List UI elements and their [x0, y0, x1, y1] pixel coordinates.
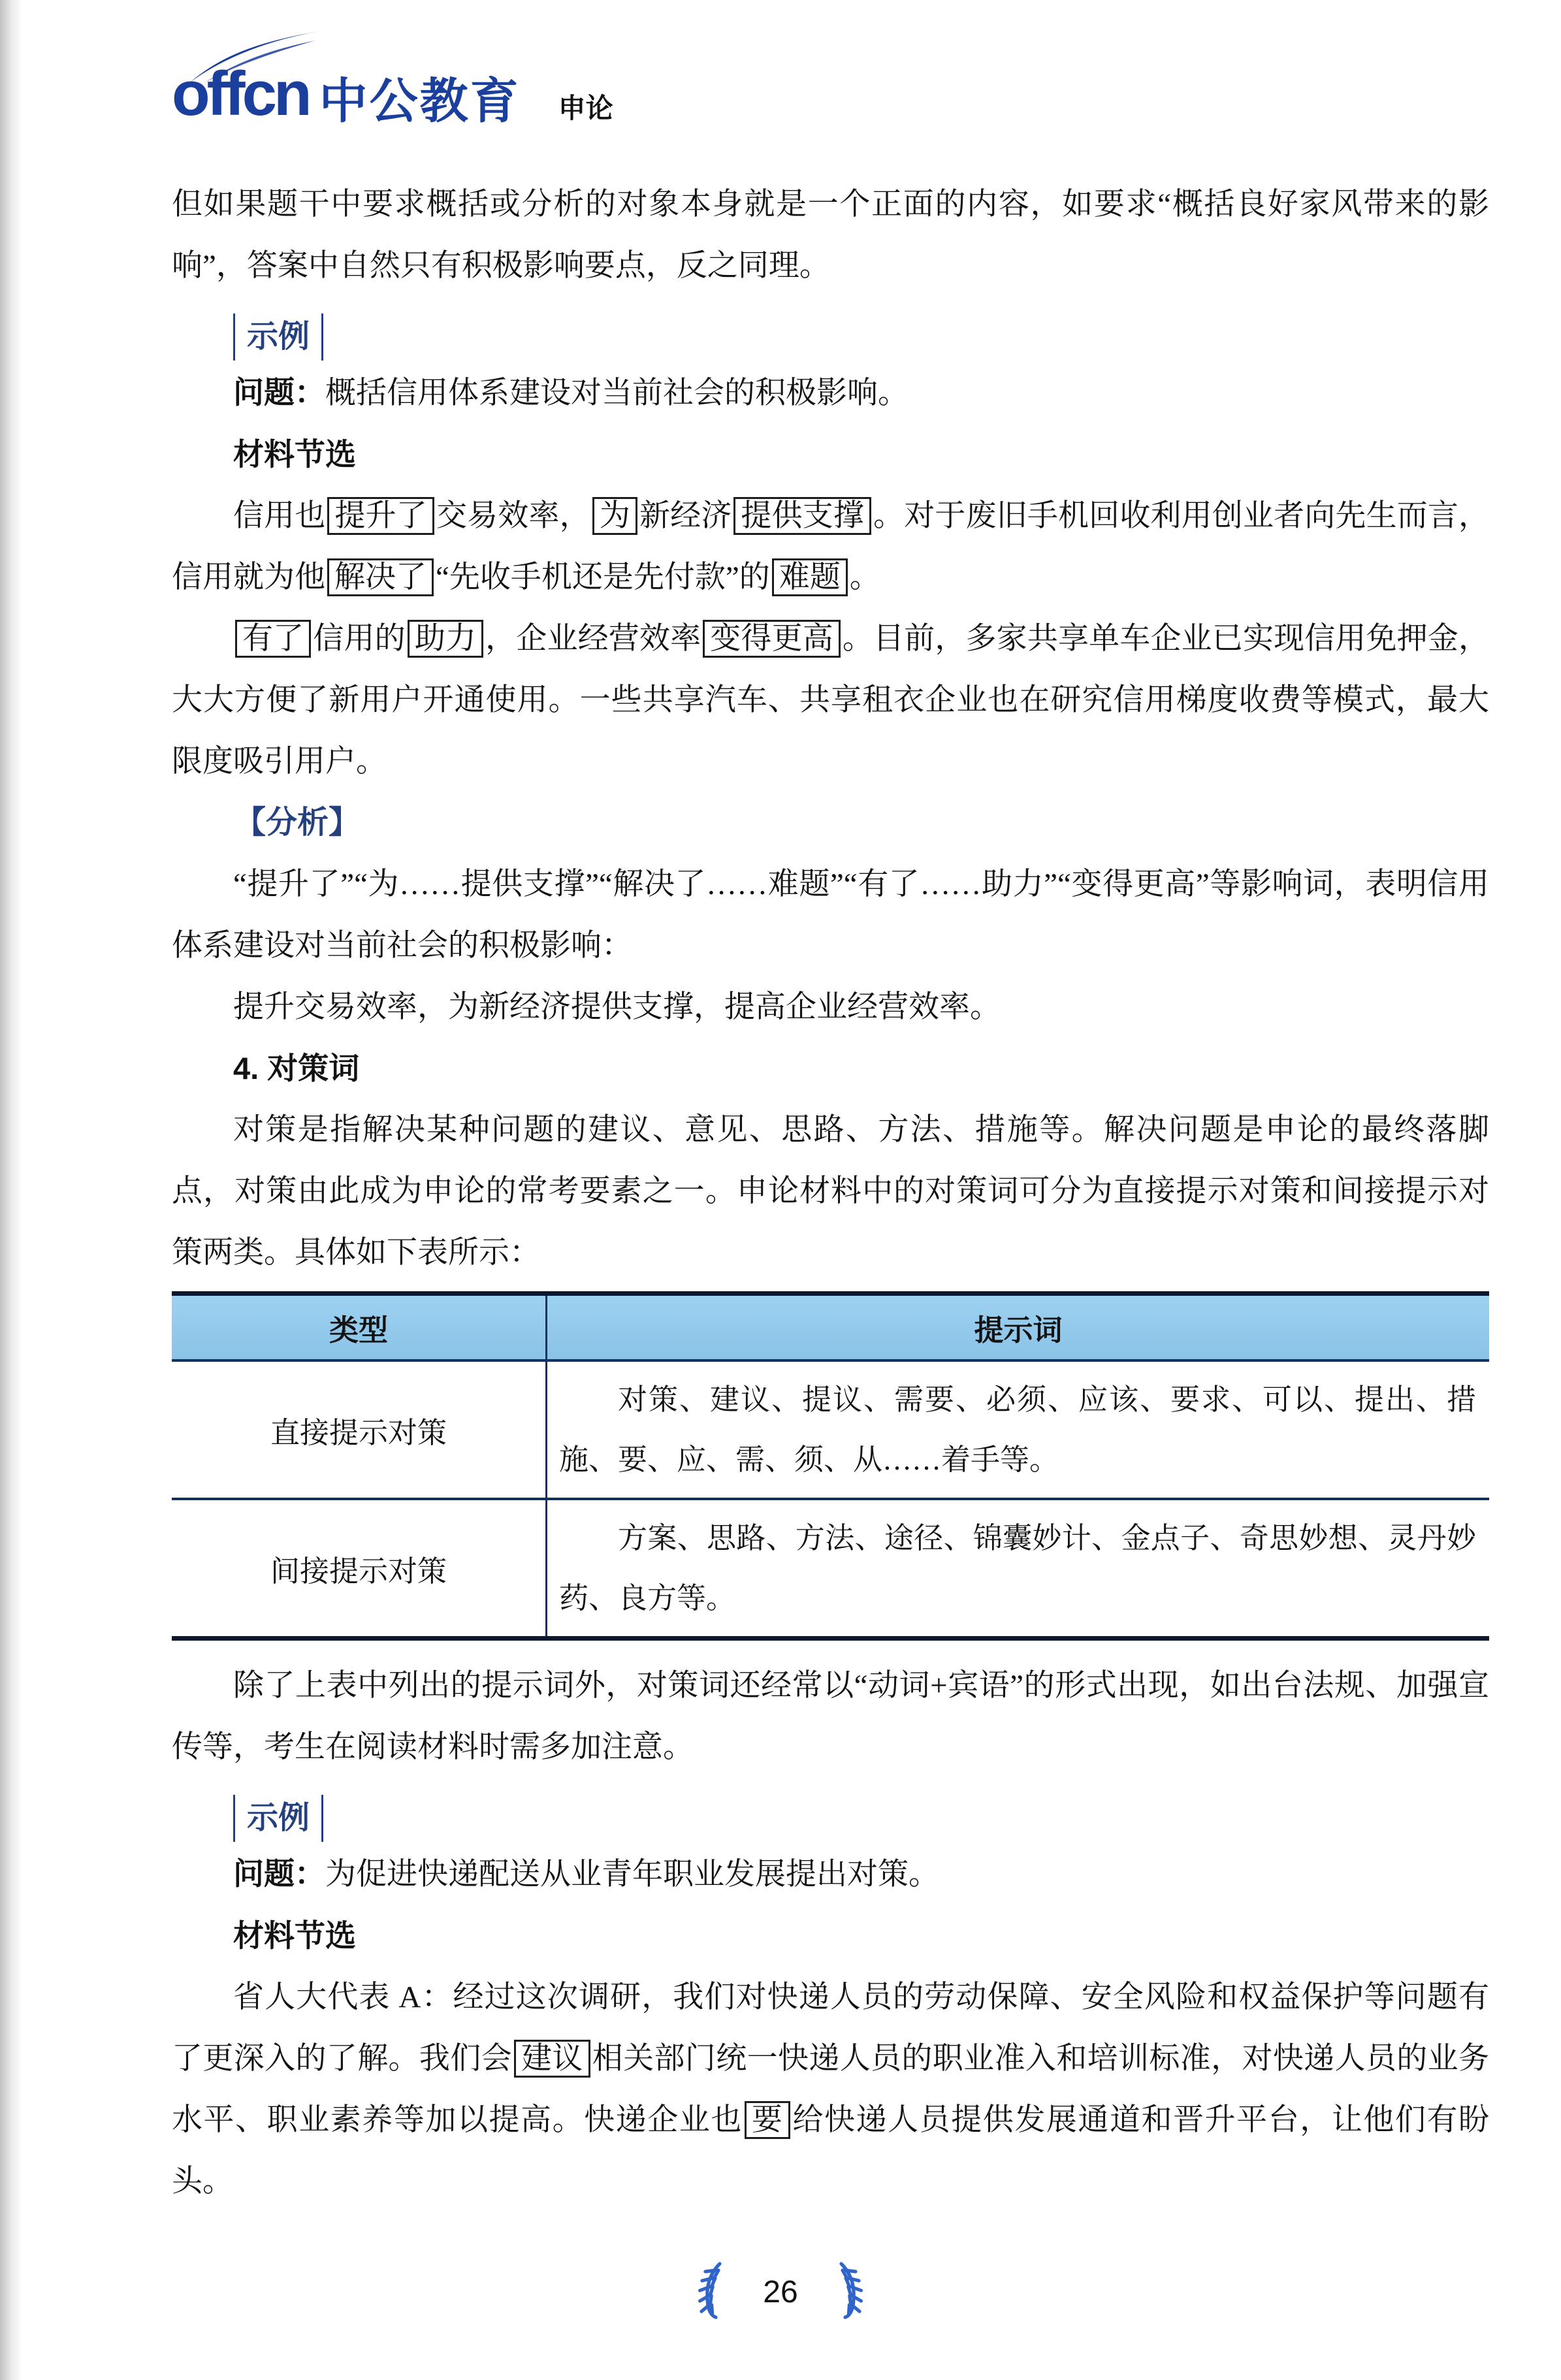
laurel-left-icon [695, 2261, 725, 2323]
page-content: 但如果题干中要求概括或分析的对象本身就是一个正面的内容，如要求“概括良好家风带来… [172, 174, 1489, 2212]
after-table-paragraph: 除了上表中列出的提示词外，对策词还经常以“动词+宾语”的形式出现，如出台法规、加… [172, 1655, 1489, 1778]
table-header-row: 类型 提示词 [172, 1296, 1489, 1362]
material-label-2: 材料节选 [172, 1905, 1489, 1967]
logo-swoosh-icon [185, 30, 326, 85]
boxed-word: 建议 [514, 2040, 590, 2078]
book-page: offcn 中公教育 申论 但如果题干中要求概括或分析的对象本身就是一个正面的内… [0, 0, 1561, 2380]
boxed-word: 有了 [235, 620, 311, 658]
brand-name: 中公教育 [319, 76, 521, 125]
question-line-1: 问题：概括信用体系建设对当前社会的积极影响。 [172, 362, 1489, 424]
boxed-word: 解决了 [327, 558, 434, 596]
boxed-word: 提供支撑 [733, 497, 871, 535]
offcn-logo: offcn [172, 63, 309, 125]
row-words-cell: 方案、思路、方法、途径、锦囊妙计、金点子、奇思妙想、灵丹妙药、良方等。 [547, 1500, 1489, 1636]
question-text-1: 概括信用体系建设对当前社会的积极影响。 [325, 376, 909, 410]
page-header: offcn 中公教育 申论 [172, 63, 613, 125]
page-spine-shadow [0, 0, 22, 2380]
example-marker-1: 示例 [233, 314, 323, 361]
policy-words-table: 类型 提示词 直接提示对策 对策、建议、提议、需要、必须、应该、要求、可以、提出… [172, 1291, 1489, 1641]
boxed-word: 难题 [772, 558, 848, 596]
page-footer: 26 [0, 2261, 1561, 2323]
analysis-paragraph-1: “提升了”“为……提供支撑”“解决了……难题”“有了……助力”“变得更高”等影响… [172, 854, 1489, 976]
analysis-paragraph-2: 提升交易效率，为新经济提供支撑，提高企业经营效率。 [172, 976, 1489, 1038]
boxed-word: 助力 [408, 620, 483, 658]
boxed-word: 为 [592, 497, 637, 535]
subject-label: 申论 [558, 94, 613, 123]
table-header-words: 提示词 [547, 1296, 1489, 1359]
boxed-word: 提升了 [327, 497, 434, 535]
row-type-cell: 间接提示对策 [172, 1500, 547, 1636]
row-type-cell: 直接提示对策 [172, 1362, 547, 1498]
page-number: 26 [763, 2274, 797, 2310]
question-line-2: 问题：为促进快递配送从业青年职业发展提出对策。 [172, 1843, 1489, 1905]
analysis-label: 【分析】 [172, 792, 1489, 854]
material-paragraph-2: 有了信用的助力，企业经营效率变得更高。目前，多家共享单车企业已实现信用免押金，大… [172, 608, 1489, 792]
material-label-1: 材料节选 [172, 424, 1489, 485]
laurel-right-icon [836, 2261, 866, 2323]
section-heading: 4. 对策词 [172, 1038, 1489, 1099]
table-header-type: 类型 [172, 1296, 547, 1359]
row-words-cell: 对策、建议、提议、需要、必须、应该、要求、可以、提出、措施、要、应、需、须、从…… [547, 1362, 1489, 1498]
question-label-2: 问题： [233, 1856, 325, 1891]
table-row: 间接提示对策 方案、思路、方法、途径、锦囊妙计、金点子、奇思妙想、灵丹妙药、良方… [172, 1500, 1489, 1636]
intro-paragraph: 但如果题干中要求概括或分析的对象本身就是一个正面的内容，如要求“概括良好家风带来… [172, 174, 1489, 297]
material-paragraph-3: 省人大代表 A：经过这次调研，我们对快递人员的劳动保障、安全风险和权益保护等问题… [172, 1967, 1489, 2212]
section-intro: 对策是指解决某种问题的建议、意见、思路、方法、措施等。解决问题是申论的最终落脚点… [172, 1099, 1489, 1283]
example-marker-2: 示例 [233, 1795, 323, 1842]
question-label-1: 问题： [233, 375, 325, 410]
boxed-word: 要 [745, 2101, 791, 2139]
question-text-2: 为促进快递配送从业青年职业发展提出对策。 [325, 1857, 939, 1891]
table-row: 直接提示对策 对策、建议、提议、需要、必须、应该、要求、可以、提出、措施、要、应… [172, 1362, 1489, 1500]
material-paragraph-1: 信用也提升了交易效率，为新经济提供支撑。对于废旧手机回收利用创业者向先生而言，信… [172, 485, 1489, 608]
boxed-word: 变得更高 [703, 620, 841, 658]
